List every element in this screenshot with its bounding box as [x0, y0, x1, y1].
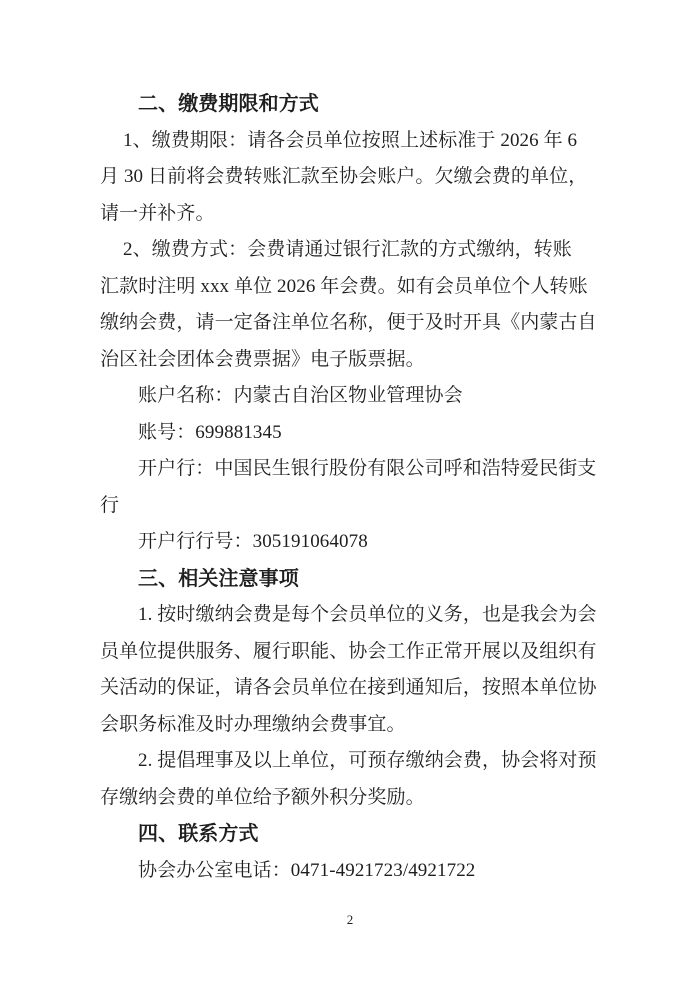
text-line: 协会办公室电话：0471-4921723/4921722 — [100, 853, 600, 890]
text-line: 治区社会团体会费票据》电子版票据。 — [100, 342, 600, 379]
text-line: 2、缴费方式：会费请通过银行汇款的方式缴纳，转账 — [100, 232, 600, 269]
document-page: 二、缴费期限和方式1、缴费期限：请各会员单位按照上述标准于 2026 年 6月 … — [0, 0, 700, 990]
text-line: 月 30 日前将会费转账汇款至协会账户。欠缴会费的单位， — [100, 159, 600, 196]
text-line: 关活动的保证，请各会员单位在接到通知后，按照本单位协 — [100, 670, 600, 707]
section-heading: 四、联系方式 — [100, 816, 600, 853]
text-line: 开户行行号：305191064078 — [100, 524, 600, 561]
text-line: 开户行：中国民生银行股份有限公司呼和浩特爱民街支 — [100, 451, 600, 488]
text-line: 存缴纳会费的单位给予额外积分奖励。 — [100, 780, 600, 817]
text-line: 请一并补齐。 — [100, 196, 600, 233]
page-number: 2 — [0, 912, 700, 928]
section-heading: 三、相关注意事项 — [100, 561, 600, 598]
text-line: 员单位提供服务、履行职能、协会工作正常开展以及组织有 — [100, 634, 600, 671]
text-line: 1、缴费期限：请各会员单位按照上述标准于 2026 年 6 — [100, 123, 600, 160]
text-line: 汇款时注明 xxx 单位 2026 年会费。如有会员单位个人转账 — [100, 269, 600, 306]
section-heading: 二、缴费期限和方式 — [100, 86, 600, 123]
text-line: 行 — [100, 488, 600, 525]
text-line: 缴纳会费，请一定备注单位名称，便于及时开具《内蒙古自 — [100, 305, 600, 342]
text-line: 1. 按时缴纳会费是每个会员单位的义务，也是我会为会 — [100, 597, 600, 634]
text-line: 会职务标准及时办理缴纳会费事宜。 — [100, 707, 600, 744]
document-body: 二、缴费期限和方式1、缴费期限：请各会员单位按照上述标准于 2026 年 6月 … — [100, 86, 600, 889]
text-line: 账号：699881345 — [100, 415, 600, 452]
text-line: 账户名称：内蒙古自治区物业管理协会 — [100, 378, 600, 415]
text-line: 2. 提倡理事及以上单位，可预存缴纳会费，协会将对预 — [100, 743, 600, 780]
